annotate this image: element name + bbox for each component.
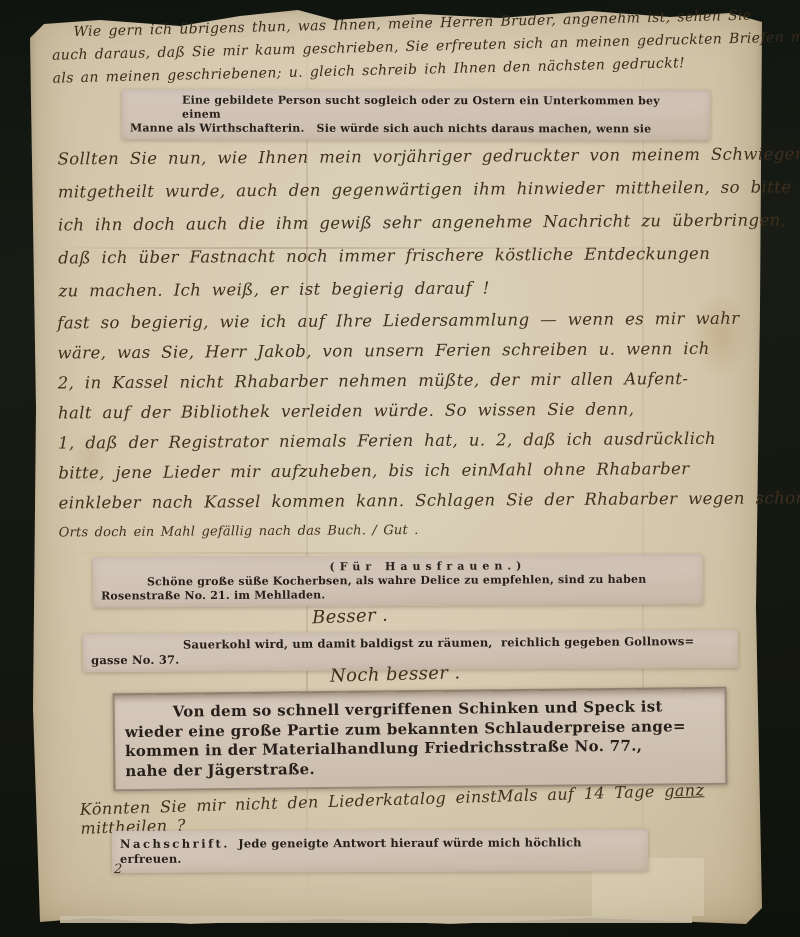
underlined-word: ganz: [664, 780, 705, 800]
scanned-letter-page: Wie gern ich übrigens thun, was Ihnen, m…: [0, 0, 800, 937]
handwritten-paragraph-1: Sollten Sie nun, wie Ihnen mein vorjähri…: [57, 138, 764, 308]
handwritten-line: Sollten Sie nun, wie Ihnen mein vorjähri…: [57, 138, 763, 176]
handwritten-line: zu machen. Ich weiß, er ist begierig dar…: [58, 270, 764, 308]
newspaper-clipping-schinken: Von dem so schnell vergriffenen Schinken…: [113, 687, 728, 791]
print-line: Rosenstraße No. 21. im Mehlladen.: [101, 586, 695, 603]
handwritten-besser-note: Besser .: [312, 605, 389, 629]
print-line: Eine gebildete Person sucht sogleich ode…: [130, 94, 702, 123]
handwritten-paragraph-2: fast so begierig, wie ich auf Ihre Liede…: [57, 304, 765, 549]
handwritten-line: Orts doch ein Mahl gefällig nach das Buc…: [59, 514, 765, 549]
clipping-header: Nachschrift.: [120, 837, 230, 851]
handwritten-line: 1, daß der Registrator niemals Ferien ha…: [58, 424, 764, 459]
print-line: Manne als Wirthschafterin. Sie würde sic…: [130, 122, 702, 137]
horizontal-fold-crease: [40, 552, 730, 554]
handwritten-noch-besser-note: Noch besser .: [330, 662, 461, 686]
handwritten-line: halt auf der Bibliothek verleiden würde.…: [58, 394, 764, 429]
paper-bottom-edge-strip: [60, 916, 692, 923]
handwritten-stray-mark: 2: [114, 862, 123, 877]
handwritten-line: fast so begierig, wie ich auf Ihre Liede…: [57, 304, 763, 339]
newspaper-clipping-hausfrauen: (Für Hausfrauen.) Schöne große süße Koch…: [93, 554, 703, 607]
handwritten-line: wäre, was Sie, Herr Jakob, von unsern Fe…: [57, 334, 763, 369]
newspaper-clipping-wirthschafterin: Eine gebildete Person sucht sogleich ode…: [122, 89, 710, 140]
newspaper-clipping-nachschrift: Nachschrift. Jede geneigte Antwort hiera…: [112, 829, 648, 873]
handwritten-line: ich ihn doch auch die ihm gewiß sehr ang…: [58, 204, 764, 242]
handwritten-line: einkleber nach Kassel kommen kann. Schla…: [58, 484, 764, 519]
handwritten-line: daß ich über Fastnacht noch immer frisch…: [58, 237, 764, 275]
handwritten-line: mitgetheilt wurde, auch den gegenwärtige…: [58, 171, 764, 209]
handwritten-line: 2, in Kassel nicht Rhabarber nehmen müßt…: [58, 364, 764, 399]
handwritten-line: bitte, jene Lieder mir aufzuheben, bis i…: [58, 454, 764, 489]
